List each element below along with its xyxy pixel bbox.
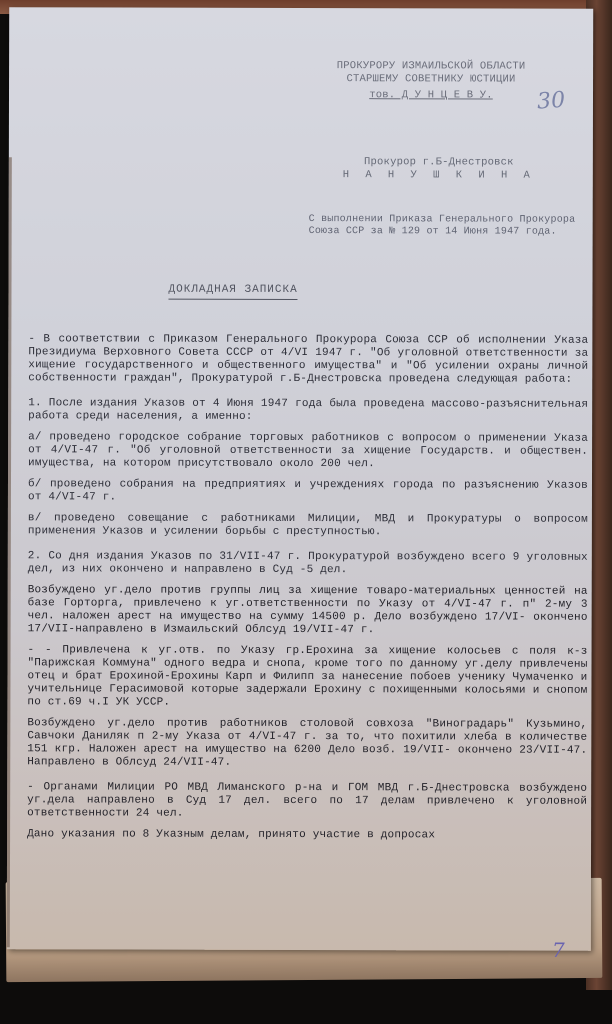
document-page: ПРОКУРОРУ ИЗМАИЛЬСКОЙ ОБЛАСТИ СТАРШЕМУ С… bbox=[7, 7, 593, 951]
paragraph-1b: б/ проведено собрания на предприятиях и … bbox=[28, 478, 588, 505]
addressee-line-2: СТАРШЕМУ СОВЕТНИКУ ЮСТИЦИИ bbox=[281, 73, 581, 87]
addressee-name: тов. Д У Н Ц Е В У. bbox=[369, 89, 493, 102]
paragraph-1c: в/ проведено совещание с работниками Мил… bbox=[28, 512, 588, 539]
paragraph-case-gortorg: Возбуждено уг.дело против группы лиц за … bbox=[28, 584, 588, 637]
handwritten-bottom-mark: 7 bbox=[552, 938, 565, 962]
handwritten-page-number: 30 bbox=[537, 94, 566, 109]
document-title: ДОКЛАДНАЯ ЗАПИСКА bbox=[168, 284, 297, 300]
order-reference: С выполнении Приказа Генерального Прокур… bbox=[309, 214, 579, 238]
paragraph-instructions: Дано указания по 8 Указным делам, принят… bbox=[27, 828, 587, 842]
paragraph-militia: - Органами Милиции РО МВД Лиманского р-н… bbox=[27, 781, 587, 821]
paragraph-1: 1. После издания Указов от 4 Июня 1947 г… bbox=[28, 397, 588, 424]
sender-block: Прокурор г.Б-Днестровск Н А Н У Ш К И Н … bbox=[309, 156, 569, 183]
paragraph-2: 2. Со дня издания Указов по 31/VII-47 г.… bbox=[28, 550, 588, 577]
paragraph-1a: а/ проведено городское собрание торговых… bbox=[28, 431, 588, 471]
typewritten-memo: ПРОКУРОРУ ИЗМАИЛЬСКОЙ ОБЛАСТИ СТАРШЕМУ С… bbox=[7, 7, 593, 951]
paragraph-intro: - В соответствии с Приказом Генерального… bbox=[28, 333, 588, 386]
sender-line-1: Прокурор г.Б-Днестровск bbox=[309, 156, 569, 170]
paragraph-case-sovkhoz: Возбуждено уг.дело против работников сто… bbox=[27, 717, 587, 770]
memo-body: - В соответствии с Приказом Генерального… bbox=[27, 333, 588, 854]
addressee-line-1: ПРОКУРОРУ ИЗМАИЛЬСКОЙ ОБЛАСТИ bbox=[281, 60, 581, 74]
sender-surname: Н А Н У Ш К И Н А bbox=[309, 169, 569, 183]
paragraph-case-erokhina: - - Привлечена к уг.отв. по Указу гр.Еро… bbox=[27, 644, 587, 710]
